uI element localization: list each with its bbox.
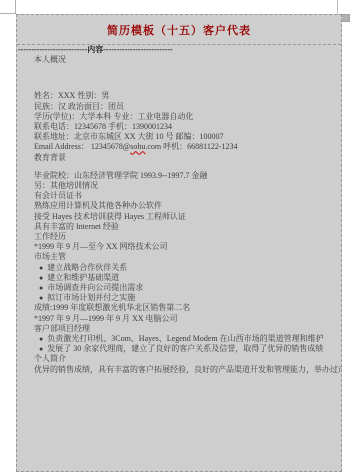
bullet-icon: ● — [39, 284, 43, 292]
profile-line-degree: 学历(学位)：大学本科 专业：工业电器自动化 — [17, 112, 341, 122]
profile-block: 姓名：XXX 性别：男 民族：汉 政治面目：团员 学历(学位)：大学本科 专业：… — [17, 91, 341, 152]
content-label: 内容 — [87, 45, 103, 54]
section-heading-work: 工作经历 — [17, 232, 341, 242]
dashes-left: -------------------------- — [18, 45, 87, 54]
personal-intro-text: 优异的销售成绩，具有丰富的客户拓展经验，良好的产品渠道开发和管理能力，举办过产品… — [17, 365, 341, 375]
content-separator: --------------------------内容------------… — [17, 45, 341, 55]
profile-line-name: 姓名：XXX 性别：男 — [17, 91, 341, 101]
education-line: 熟练应用计算机及其他各种办公软件 — [17, 201, 341, 211]
education-block: 毕业院校：山东经济管理学院 1993.9--1997.7 金融 另：其他培训情况… — [17, 171, 341, 232]
bullet-text: 市场调查并向公司提出需求 — [47, 283, 143, 292]
job1-role: 市场主管 — [17, 252, 341, 262]
job1-achievement: 成绩:1999 年度联想激光机华北区销售第二名 — [17, 303, 341, 313]
job1-bullet: ●市场调查并向公司提出需求 — [17, 283, 341, 293]
bullet-text: 建立和维护基础渠道 — [47, 273, 119, 282]
bullet-text: 负责激光打印机、3Com、Hayes、Legend Modem 在山西市场的渠道… — [47, 334, 323, 343]
bullet-icon: ● — [39, 264, 43, 272]
bullet-text: 建立战略合作伙伴关系 — [47, 263, 127, 272]
profile-line-ethnic: 民族：汉 政治面目：团员 — [17, 102, 341, 112]
education-line: 具有丰富的 Internet 经验 — [17, 222, 341, 232]
profile-line-address: 联系地址：北京市东城区 XX 大街 10 号 邮编：100007 — [17, 132, 341, 142]
section-heading-overview: 本人概况 — [17, 55, 341, 65]
bullet-text: 发展了 30 余家代理商，建立了良好的客户关系及信誉，取得了优异的销售成绩 — [47, 344, 323, 353]
education-line: 接受 Hayes 技术培训获得 Hayes 工程师认证 — [17, 212, 341, 222]
table-corner-mark-left — [15, 0, 16, 14]
resume-body: --------------------------内容------------… — [17, 45, 341, 375]
job2-period: *1997 年 9 月—1999 年 9 月 XX 电脑公司 — [17, 314, 341, 324]
table-corner-mark-left-horizontal — [0, 13, 16, 14]
section-heading-education: 教育背景 — [17, 153, 341, 163]
job1-period: *1999 年 9 月—至今 XX 网络技术公司 — [17, 242, 341, 252]
education-line: 有会计员证书 — [17, 191, 341, 201]
resume-title: 简历模板（十五）客户代表 — [17, 15, 341, 45]
email-prefix: Email Address： 12345678@ — [34, 142, 130, 151]
job1-bullet: ●拟订市场计划并付之实施 — [17, 293, 341, 303]
profile-line-email: Email Address： 12345678@sohu.com 呼机：6688… — [17, 142, 341, 152]
bullet-icon: ● — [39, 274, 43, 282]
education-line: 毕业院校：山东经济管理学院 1993.9--1997.7 金融 — [17, 171, 341, 181]
bullet-text: 拟订市场计划并付之实施 — [47, 293, 135, 302]
bullet-icon: ● — [39, 345, 43, 353]
resume-table: 简历模板（十五）客户代表 --------------------------内… — [16, 14, 342, 472]
email-misspelled-word: sohu — [130, 142, 145, 151]
job2-role: 客户部项目经理 — [17, 324, 341, 334]
document-page: 简历模板（十五）客户代表 --------------------------内… — [0, 0, 360, 473]
profile-line-phone: 联系电话：12345678 手机：1390001234 — [17, 122, 341, 132]
education-line: 另：其他培训情况 — [17, 181, 341, 191]
job2-bullet: ●发展了 30 余家代理商，建立了良好的客户关系及信誉，取得了优异的销售成绩 — [17, 344, 341, 354]
bullet-icon: ● — [39, 335, 43, 343]
job1-bullet: ●建立战略合作伙伴关系 — [17, 263, 341, 273]
table-corner-mark-right — [337, 0, 338, 14]
section-heading-personal: 个人简介 — [17, 354, 341, 364]
email-suffix: .com 呼机：66881122-1234 — [145, 142, 237, 151]
job2-bullet: ●负责激光打印机、3Com、Hayes、Legend Modem 在山西市场的渠… — [17, 334, 341, 344]
job1-bullet: ●建立和维护基础渠道 — [17, 273, 341, 283]
bullet-icon: ● — [39, 294, 43, 302]
dashes-right: -------------------------- — [103, 45, 172, 54]
